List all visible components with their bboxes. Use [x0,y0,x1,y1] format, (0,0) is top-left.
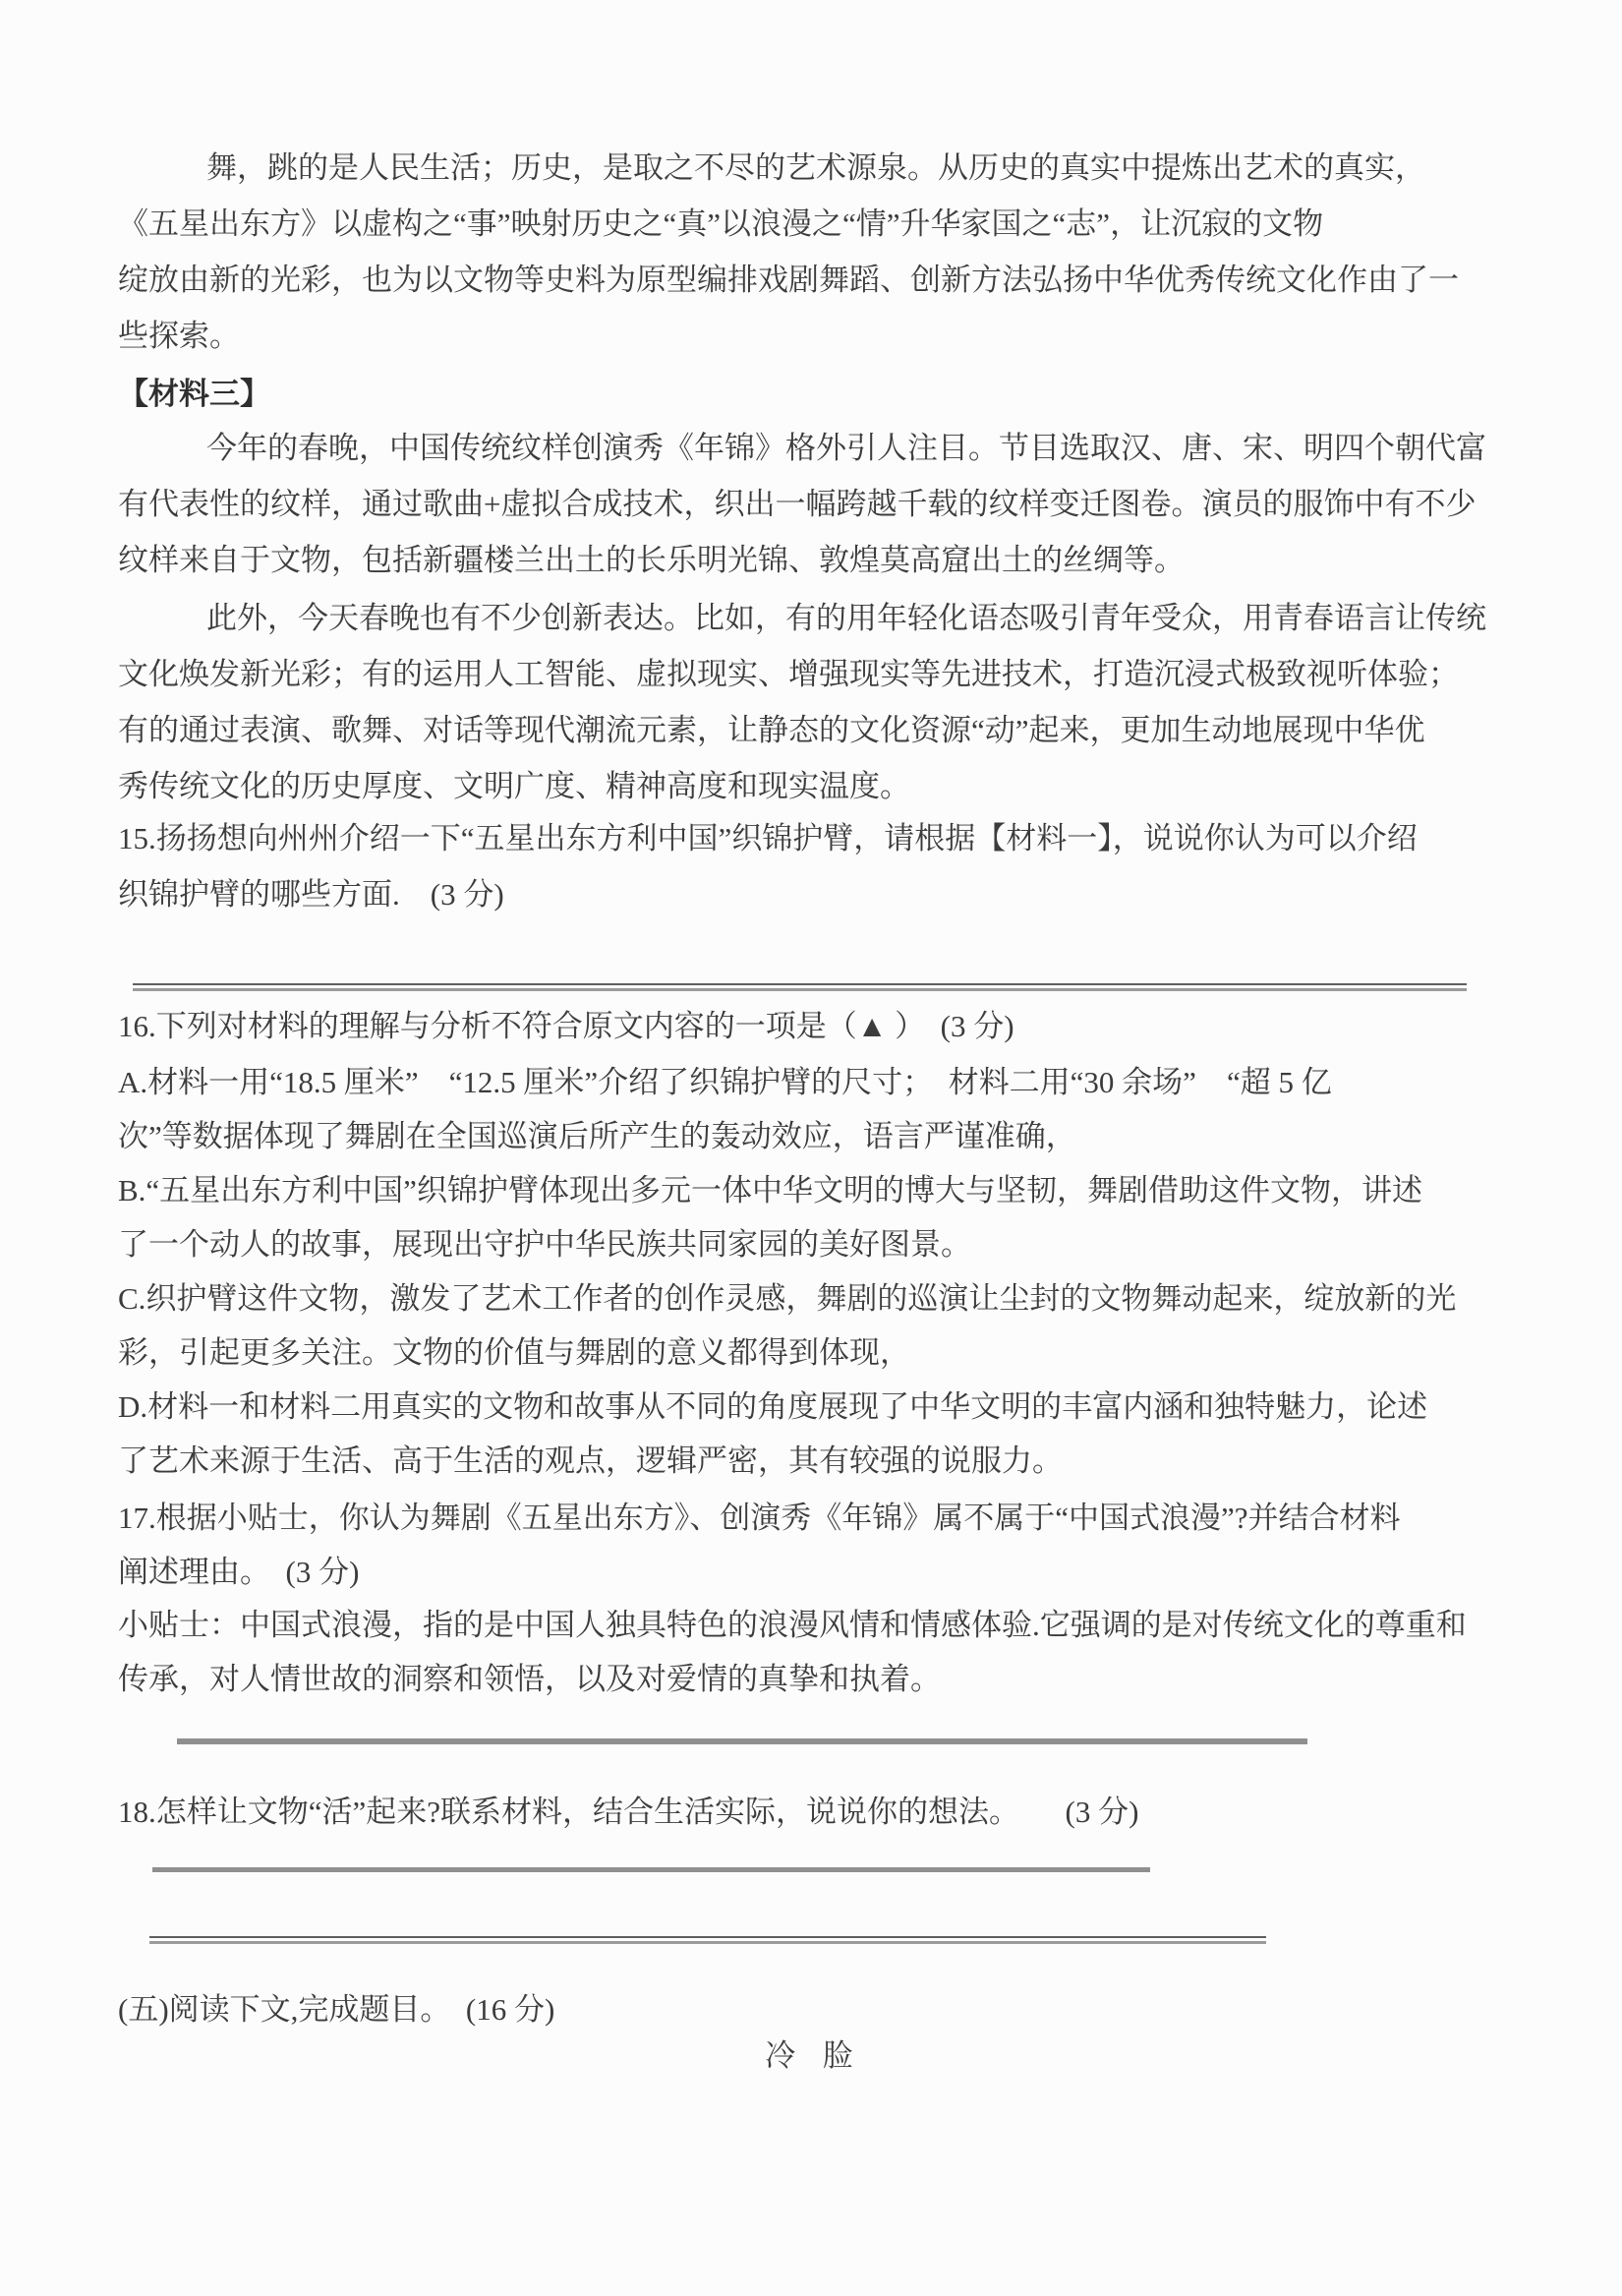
next-passage-title: 冷 脸 [0,2028,1622,2084]
passage-line: 绽放由新的光彩，也为以文物等史料为原型编排戏剧舞蹈、创新方法弘扬中华优秀传统文化… [118,252,1494,308]
answer-rule [152,1867,1150,1872]
option-c-line: 彩，引起更多关注。文物的价值与舞剧的意义都得到体现， [118,1325,1494,1380]
question-16: 16.下列对材料的理解与分析不符合原文内容的一项是（▲ ） (3 分) [118,998,1494,1054]
question-18-line: 18.怎样让文物“活”起来?联系材料，结合生活实际，说说你的想法。 (3 分) [118,1784,1494,1840]
tip-line: 小贴士：中国式浪漫，指的是中国人独具特色的浪漫风情和情感体验.它强调的是对传统文… [118,1598,1494,1652]
next-passage-title-block: 冷 脸 [0,2028,1622,2084]
question-15-line: 15.扬扬想向州州介绍一下“五星出东方利中国”织锦护臂，请根据【材料一】，说说你… [118,810,1494,866]
option-c-line: C.织护臂这件文物，激发了艺术工作者的创作灵感，舞剧的巡演让尘封的文物舞动起来，… [118,1271,1494,1325]
passage-line: 此外，今天春晚也有不少创新表达。比如，有的用年轻化语态吸引青年受众，用青春语言让… [118,590,1494,646]
question-17-line: 17.根据小贴士，你认为舞剧《五星出东方》、创演秀《年锦》属不属于“中国式浪漫”… [118,1491,1494,1545]
passage-line: 有的通过表演、歌舞、对话等现代潮流元素，让静态的文化资源“动”起来，更加生动地展… [118,702,1494,758]
option-b-line: B.“五星出东方利中国”织锦护臂体现出多元一体中华文明的博大与坚韧，舞剧借助这件… [118,1163,1494,1217]
passage-line: 秀传统文化的历史厚度、文明广度、精神高度和现实温度。 [118,758,1494,814]
option-d-line: 了艺术来源于生活、高于生活的观点，逻辑严密，其有较强的说服力。 [118,1434,1494,1488]
passage-paragraph-1: 舞，跳的是人民生活；历史，是取之不尽的艺术源泉。从历史的真实中提炼出艺术的真实，… [118,140,1494,364]
question-17-line: 阐述理由。 (3 分) [118,1545,1494,1599]
passage-line: 文化焕发新光彩；有的运用人工智能、虚拟现实、增强现实等先进技术，打造沉浸式极致视… [118,646,1494,702]
question-15: 15.扬扬想向州州介绍一下“五星出东方利中国”织锦护臂，请根据【材料一】，说说你… [118,810,1494,922]
tip-line: 传承，对人情世故的洞察和领悟，以及对爱情的真挚和执着。 [118,1652,1494,1706]
option-d-line: D.材料一和材料二用真实的文物和故事从不同的角度展现了中华文明的丰富内涵和独特魅… [118,1380,1494,1434]
option-a-line: 次”等数据体现了舞剧在全国巡演后所产生的轰动效应，语言严谨准确， [118,1109,1494,1163]
question-18: 18.怎样让文物“活”起来?联系材料，结合生活实际，说说你的想法。 (3 分) [118,1784,1494,1840]
question-15-line: 织锦护臂的哪些方面. (3 分) [118,866,1494,922]
section-divider-rule [133,983,1467,991]
option-a-line: A.材料一用“18.5 厘米” “12.5 厘米”介绍了织锦护臂的尺寸； 材料二… [118,1055,1494,1109]
material-3-section: 【材料三】 [118,366,1494,422]
passage-line: 有代表性的纹样，通过歌曲+虚拟合成技术，织出一幅跨越千载的纹样变迁图卷。演员的服… [118,476,1494,532]
answer-rule [177,1738,1307,1744]
passage-line: 些探索。 [118,308,1494,364]
question-16-options: A.材料一用“18.5 厘米” “12.5 厘米”介绍了织锦护臂的尺寸； 材料二… [118,1055,1494,1488]
passage-paragraph-3: 此外，今天春晚也有不少创新表达。比如，有的用年轻化语态吸引青年受众，用青春语言让… [118,590,1494,814]
document-page: 舞，跳的是人民生活；历史，是取之不尽的艺术源泉。从历史的真实中提炼出艺术的真实，… [0,0,1622,2296]
answer-rule [149,1936,1266,1944]
passage-line: 舞，跳的是人民生活；历史，是取之不尽的艺术源泉。从历史的真实中提炼出艺术的真实， [118,140,1494,196]
passage-line: 《五星出东方》以虚构之“事”映射历史之“真”以浪漫之“情”升华家国之“志”，让沉… [118,196,1494,252]
question-16-stem: 16.下列对材料的理解与分析不符合原文内容的一项是（▲ ） (3 分) [118,998,1494,1054]
passage-paragraph-2: 今年的春晚，中国传统纹样创演秀《年锦》格外引人注目。节目选取汉、唐、宋、明四个朝… [118,420,1494,588]
option-b-line: 了一个动人的故事，展现出守护中华民族共同家园的美好图景。 [118,1217,1494,1271]
passage-line: 今年的春晚，中国传统纹样创演秀《年锦》格外引人注目。节目选取汉、唐、宋、明四个朝… [118,420,1494,476]
question-17-tip: 小贴士：中国式浪漫，指的是中国人独具特色的浪漫风情和情感体验.它强调的是对传统文… [118,1598,1494,1706]
passage-line: 纹样来自于文物，包括新疆楼兰出土的长乐明光锦、敦煌莫高窟出土的丝绸等。 [118,532,1494,588]
question-17: 17.根据小贴士，你认为舞剧《五星出东方》、创演秀《年锦》属不属于“中国式浪漫”… [118,1491,1494,1599]
material-3-heading: 【材料三】 [118,366,1494,422]
